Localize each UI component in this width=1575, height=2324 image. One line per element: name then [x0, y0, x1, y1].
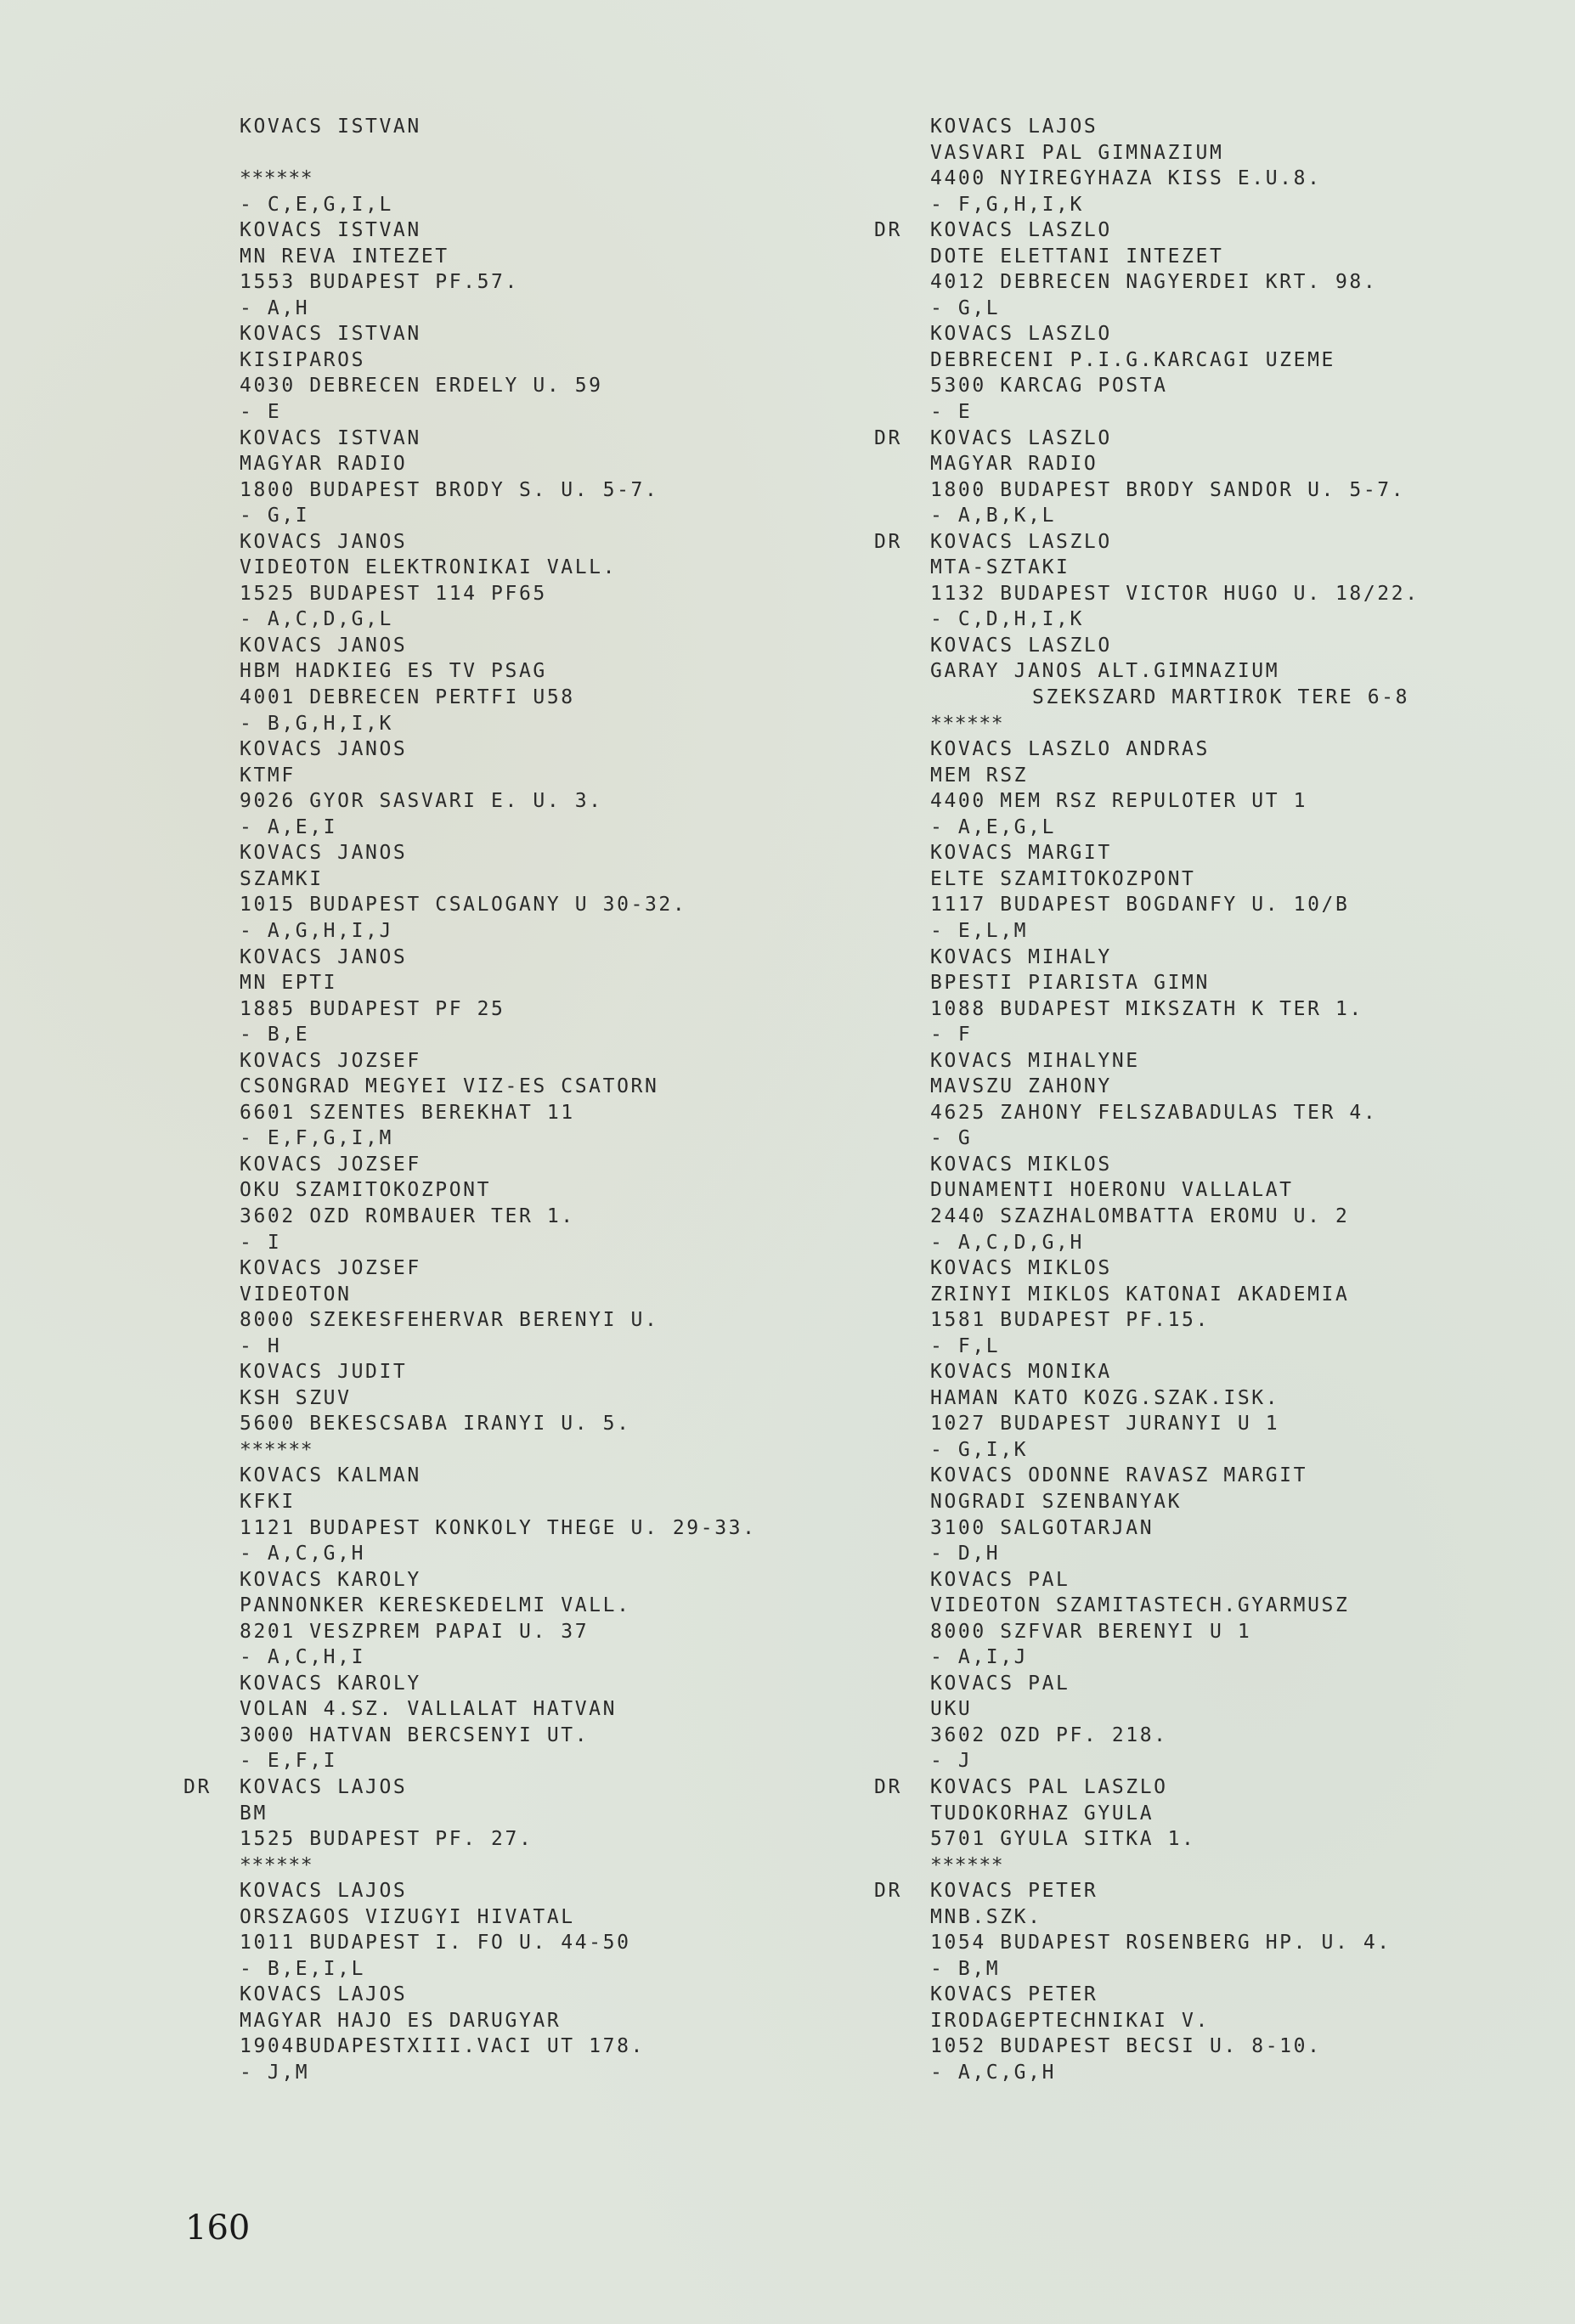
entry-organization: GARAY JANOS ALT.GIMNAZIUM — [930, 658, 1420, 685]
category-codes-text: - E,F,G,I,M — [240, 1127, 393, 1149]
category-codes: - A,G,H,I,J — [240, 918, 757, 945]
entry-name-text: KOVACS LAJOS — [930, 116, 1098, 138]
entry-organization-text: ZRINYI MIKLOS KATONAI AKADEMIA — [930, 1283, 1349, 1306]
category-codes: - G — [930, 1125, 1420, 1152]
category-codes: - H — [240, 1334, 757, 1360]
entry-address: 8201 VESZPREM PAPAI U. 37 — [240, 1619, 757, 1645]
entry-organization-text: MAVSZU ZAHONY — [930, 1075, 1112, 1097]
category-codes: - B,G,H,I,K — [240, 711, 757, 737]
entry-address-text: 5600 BEKESCSABA IRANYI U. 5. — [240, 1413, 631, 1435]
entry-address: 6601 SZENTES BEREKHAT 11 — [240, 1100, 757, 1126]
title-prefix: DR — [874, 217, 902, 244]
entry-organization: MNB.SZK. — [930, 1904, 1420, 1931]
entry-name: KOVACS JANOS — [240, 840, 757, 866]
entry-organization: DEBRECENI P.I.G.KARCAGI UZEME — [930, 347, 1420, 374]
entry-address-text: 3000 HATVAN BERCSENYI UT. — [240, 1724, 589, 1746]
category-codes: - C,D,H,I,K — [930, 606, 1420, 633]
category-codes-text: - A,C,D,G,H — [930, 1232, 1084, 1254]
entry-organization: BPESTI PIARISTA GIMN — [930, 970, 1420, 996]
entry-name-text: KOVACS MARGIT — [930, 842, 1112, 864]
entry-address: 5701 GYULA SITKA 1. — [930, 1826, 1420, 1853]
entry-organization: SZAMKI — [240, 866, 757, 893]
entry-address: 1581 BUDAPEST PF.15. — [930, 1307, 1420, 1334]
entry-name: KOVACS PAL — [930, 1671, 1420, 1697]
section-separator: ****** — [240, 1853, 757, 1879]
entry-address-text: 1553 BUDAPEST PF.57. — [240, 271, 519, 293]
entry-organization-text: VIDEOTON ELEKTRONIKAI VALL. — [240, 556, 617, 578]
entry-name: KOVACS ODONNE RAVASZ MARGIT — [930, 1463, 1420, 1489]
entry-address: 1121 BUDAPEST KONKOLY THEGE U. 29-33. — [240, 1515, 757, 1542]
entry-address-text: 1088 BUDAPEST MIKSZATH K TER 1. — [930, 998, 1363, 1020]
entry-name-text: KOVACS ISTVAN — [240, 427, 421, 449]
entry-address-text: 8000 SZFVAR BERENYI U 1 — [930, 1621, 1251, 1643]
entry-name: KOVACS LAJOS — [240, 1878, 757, 1904]
entry-name-text: KOVACS JANOS — [240, 842, 407, 864]
entry-name-text: KOVACS LASZLO ANDRAS — [930, 738, 1210, 760]
category-codes: - E,L,M — [930, 918, 1420, 945]
entry-name: KOVACS JOZSEF — [240, 1255, 757, 1282]
category-codes-text: - A,E,I — [240, 816, 337, 838]
entry-address-text: 3602 OZD ROMBAUER TER 1. — [240, 1205, 575, 1227]
category-codes: - E,F,I — [240, 1748, 757, 1774]
category-codes: - F,L — [930, 1334, 1420, 1360]
entry-address-text: 1117 BUDAPEST BOGDANFY U. 10/B — [930, 894, 1349, 916]
entry-organization: ZRINYI MIKLOS KATONAI AKADEMIA — [930, 1282, 1420, 1308]
category-codes-text: - G,L — [930, 297, 1000, 319]
category-codes-text: - B,E,I,L — [240, 1958, 365, 1980]
entry-organization: HAMAN KATO KOZG.SZAK.ISK. — [930, 1385, 1420, 1412]
category-codes-text: - G,I,K — [930, 1439, 1028, 1461]
entry-name: KOVACS LASZLO ANDRAS — [930, 736, 1420, 763]
entry-name: KOVACS MIKLOS — [930, 1255, 1420, 1282]
entry-address: 1800 BUDAPEST BRODY S. U. 5-7. — [240, 477, 757, 504]
entry-organization: TUDOKORHAZ GYULA — [930, 1801, 1420, 1827]
entry-address-text: 3602 OZD PF. 218. — [930, 1724, 1168, 1746]
entry-organization-text: PANNONKER KERESKEDELMI VALL. — [240, 1594, 631, 1616]
entry-organization-text: UKU — [930, 1698, 972, 1720]
entry-address-text: 4030 DEBRECEN ERDELY U. 59 — [240, 375, 603, 397]
category-codes: - A,B,K,L — [930, 503, 1420, 529]
category-codes-text: - E — [240, 401, 281, 423]
category-codes-text: - C,E,G,I,L — [240, 194, 393, 216]
entry-name-text: KOVACS JANOS — [240, 531, 407, 553]
category-codes: - A,C,H,I — [240, 1644, 757, 1671]
entry-address-text: 1581 BUDAPEST PF.15. — [930, 1309, 1210, 1331]
entry-address: 4030 DEBRECEN ERDELY U. 59 — [240, 373, 757, 399]
entry-name-text: KOVACS JANOS — [240, 635, 407, 657]
entry-organization-text: OKU SZAMITOKOZPONT — [240, 1179, 491, 1201]
category-codes-text: - A,B,K,L — [930, 505, 1056, 527]
entry-organization-text: BPESTI PIARISTA GIMN — [930, 972, 1210, 994]
entry-address: 3000 HATVAN BERCSENYI UT. — [240, 1723, 757, 1749]
entry-address: 4012 DEBRECEN NAGYERDEI KRT. 98. — [930, 269, 1420, 296]
entry-name-text: KOVACS ISTVAN — [240, 116, 421, 138]
entry-name-text: KOVACS JANOS — [240, 738, 407, 760]
entry-organization: VIDEOTON ELEKTRONIKAI VALL. — [240, 555, 757, 581]
entry-organization: OKU SZAMITOKOZPONT — [240, 1177, 757, 1204]
category-codes: - B,M — [930, 1956, 1420, 1983]
entry-address-text: 2440 SZAZHALOMBATTA EROMU U. 2 — [930, 1205, 1349, 1227]
title-prefix: DR — [874, 529, 902, 556]
entry-organization: ELTE SZAMITOKOZPONT — [930, 866, 1420, 893]
entry-name: DRKOVACS PETER — [930, 1878, 1420, 1904]
entry-address: 1052 BUDAPEST BECSI U. 8-10. — [930, 2034, 1420, 2060]
entry-organization-text: SZAMKI — [240, 868, 324, 890]
category-codes: - F,G,H,I,K — [930, 192, 1420, 218]
category-codes-text: - B,E — [240, 1024, 309, 1046]
entry-organization: KFKI — [240, 1489, 757, 1515]
entry-address: 1117 BUDAPEST BOGDANFY U. 10/B — [930, 892, 1420, 918]
entry-name-text: KOVACS JANOS — [240, 946, 407, 968]
entry-address: 1525 BUDAPEST PF. 27. — [240, 1826, 757, 1853]
entry-name-text: KOVACS LASZLO — [930, 635, 1112, 657]
category-codes: - F — [930, 1022, 1420, 1048]
entry-organization: VOLAN 4.SZ. VALLALAT HATVAN — [240, 1696, 757, 1723]
entry-address: 4625 ZAHONY FELSZABADULAS TER 4. — [930, 1100, 1420, 1126]
category-codes-text: - D,H — [930, 1543, 1000, 1565]
entry-name: KOVACS KAROLY — [240, 1567, 757, 1594]
entry-address: 4001 DEBRECEN PERTFI U58 — [240, 685, 757, 711]
entry-address-text: 4400 NYIREGYHAZA KISS E.U.8. — [930, 167, 1322, 189]
entry-name: KOVACS MIKLOS — [930, 1152, 1420, 1178]
entry-name: KOVACS ISTVAN — [240, 321, 757, 347]
entry-address: 3602 OZD PF. 218. — [930, 1723, 1420, 1749]
entry-name-text: KOVACS JOZSEF — [240, 1154, 421, 1176]
category-codes: - G,I — [240, 503, 757, 529]
blank-line — [240, 140, 757, 166]
entry-organization: KSH SZUV — [240, 1385, 757, 1412]
entry-address-text: 5701 GYULA SITKA 1. — [930, 1828, 1196, 1850]
category-codes-text: - A,H — [240, 297, 309, 319]
category-codes-text: - G — [930, 1127, 972, 1149]
category-codes: - A,C,D,G,H — [930, 1230, 1420, 1256]
title-prefix: DR — [874, 1774, 902, 1801]
entry-name: KOVACS MARGIT — [930, 840, 1420, 866]
entry-address: 5300 KARCAG POSTA — [930, 373, 1420, 399]
category-codes: - A,C,D,G,L — [240, 606, 757, 633]
entry-organization: CSONGRAD MEGYEI VIZ-ES CSATORN — [240, 1074, 757, 1100]
entry-name: KOVACS ISTVAN — [240, 114, 757, 140]
entry-name-text: KOVACS LASZLO — [930, 427, 1112, 449]
entry-address: 1525 BUDAPEST 114 PF65 — [240, 581, 757, 607]
entry-name: KOVACS ISTVAN — [240, 217, 757, 244]
entry-address-text: 1525 BUDAPEST PF. 27. — [240, 1828, 533, 1850]
entry-name: KOVACS JOZSEF — [240, 1152, 757, 1178]
entry-address: 9026 GYOR SASVARI E. U. 3. — [240, 788, 757, 815]
entry-address-text: 1132 BUDAPEST VICTOR HUGO U. 18/22. — [930, 583, 1420, 605]
category-codes: - A,C,G,H — [930, 2060, 1420, 2086]
entry-organization: MN REVA INTEZET — [240, 244, 757, 270]
entry-name-text: KOVACS LASZLO — [930, 219, 1112, 241]
entry-organization: HBM HADKIEG ES TV PSAG — [240, 658, 757, 685]
entry-address: 1015 BUDAPEST CSALOGANY U 30-32. — [240, 892, 757, 918]
category-codes: - J,M — [240, 2060, 757, 2086]
entry-organization: DUNAMENTI HOERONU VALLALAT — [930, 1177, 1420, 1204]
entry-name: DRKOVACS PAL LASZLO — [930, 1774, 1420, 1801]
category-codes: - E,F,G,I,M — [240, 1125, 757, 1152]
entry-organization: MAVSZU ZAHONY — [930, 1074, 1420, 1100]
entry-organization: BM — [240, 1801, 757, 1827]
entry-address-text: 3100 SALGOTARJAN — [930, 1517, 1154, 1539]
entry-organization-text: MAGYAR RADIO — [240, 453, 407, 475]
category-codes-text: - E,L,M — [930, 920, 1028, 942]
entry-address: 1904BUDAPESTXIII.VACI UT 178. — [240, 2034, 757, 2060]
category-codes-text: - F,L — [930, 1335, 1000, 1357]
category-codes-text: - G,I — [240, 505, 309, 527]
entry-name: KOVACS PAL — [930, 1567, 1420, 1594]
entry-address-text: 8000 SZEKESFEHERVAR BERENYI U. — [240, 1309, 658, 1331]
entry-organization-text: BM — [240, 1802, 268, 1825]
entry-address-text: 1904BUDAPESTXIII.VACI UT 178. — [240, 2035, 645, 2057]
entry-name-text: KOVACS PAL LASZLO — [930, 1776, 1168, 1798]
entry-address-text: 1525 BUDAPEST 114 PF65 — [240, 583, 547, 605]
entry-name: KOVACS JANOS — [240, 529, 757, 556]
title-prefix: DR — [874, 1878, 902, 1904]
entry-organization: MAGYAR HAJO ES DARUGYAR — [240, 2008, 757, 2034]
entry-organization-text: CSONGRAD MEGYEI VIZ-ES CSATORN — [240, 1075, 658, 1097]
entry-address-text: 5300 KARCAG POSTA — [930, 375, 1168, 397]
category-codes: - A,H — [240, 296, 757, 322]
entry-address: 3602 OZD ROMBAUER TER 1. — [240, 1204, 757, 1230]
entry-organization: VIDEOTON SZAMITASTECH.GYARMUSZ — [930, 1593, 1420, 1619]
category-codes-text: - F — [930, 1024, 972, 1046]
entry-organization-text: VIDEOTON — [240, 1283, 352, 1306]
entry-address: 4400 NYIREGYHAZA KISS E.U.8. — [930, 166, 1420, 192]
entry-organization: IRODAGEPTECHNIKAI V. — [930, 2008, 1420, 2034]
category-codes: - G,L — [930, 296, 1420, 322]
entry-name-text: KOVACS KAROLY — [240, 1569, 421, 1591]
entry-address-text: 8201 VESZPREM PAPAI U. 37 — [240, 1621, 589, 1643]
title-prefix: DR — [183, 1774, 212, 1801]
category-codes-text: - A,C,D,G,L — [240, 608, 393, 630]
entry-organization-text: IRODAGEPTECHNIKAI V. — [930, 2010, 1210, 2032]
entry-organization: SZEKSZARD MARTIROK TERE 6-8 — [930, 685, 1420, 711]
entry-name-text: KOVACS JOZSEF — [240, 1050, 421, 1072]
entry-name-text: KOVACS MIHALY — [930, 946, 1112, 968]
entry-organization-text: GARAY JANOS ALT.GIMNAZIUM — [930, 660, 1279, 682]
section-separator: ****** — [930, 1853, 1420, 1879]
page-number: 160 — [185, 2208, 250, 2248]
entry-organization-text: DEBRECENI P.I.G.KARCAGI UZEME — [930, 349, 1335, 371]
category-codes-text: - B,M — [930, 1958, 1000, 1980]
entry-organization-text: HBM HADKIEG ES TV PSAG — [240, 660, 547, 682]
entry-organization: MTA-SZTAKI — [930, 555, 1420, 581]
category-codes-text: - E,F,I — [240, 1750, 337, 1772]
entry-organization: VIDEOTON — [240, 1282, 757, 1308]
entry-organization-text: DUNAMENTI HOERONU VALLALAT — [930, 1179, 1294, 1201]
entry-name-text: KOVACS LASZLO — [930, 531, 1112, 553]
entry-address: 1553 BUDAPEST PF.57. — [240, 269, 757, 296]
title-prefix: DR — [874, 426, 902, 452]
entry-organization-text: MN EPTI — [240, 972, 337, 994]
section-separator: ****** — [240, 1437, 757, 1464]
entry-name: KOVACS MIHALYNE — [930, 1048, 1420, 1075]
entry-name: KOVACS JUDIT — [240, 1359, 757, 1385]
entry-organization: ORSZAGOS VIZUGYI HIVATAL — [240, 1904, 757, 1931]
entry-name: KOVACS JOZSEF — [240, 1048, 757, 1075]
entry-address: 1011 BUDAPEST I. FO U. 44-50 — [240, 1930, 757, 1956]
section-separator-text: ****** — [240, 1439, 313, 1461]
entry-name: KOVACS ISTVAN — [240, 426, 757, 452]
entry-organization-text: MEM RSZ — [930, 764, 1028, 787]
category-codes: - A,E,I — [240, 815, 757, 841]
category-codes-text: - E — [930, 401, 972, 423]
entry-address-text: 4400 MEM RSZ REPULOTER UT 1 — [930, 790, 1307, 812]
entry-organization-text: MAGYAR HAJO ES DARUGYAR — [240, 2010, 561, 2032]
section-separator: ****** — [240, 166, 757, 192]
entry-address-text: 4001 DEBRECEN PERTFI U58 — [240, 686, 575, 708]
entry-organization-text: ORSZAGOS VIZUGYI HIVATAL — [240, 1906, 575, 1928]
entry-name: DRKOVACS LAJOS — [240, 1774, 757, 1801]
entry-address: 1800 BUDAPEST BRODY SANDOR U. 5-7. — [930, 477, 1420, 504]
category-codes-text: - J,M — [240, 2062, 309, 2084]
entry-organization: PANNONKER KERESKEDELMI VALL. — [240, 1593, 757, 1619]
entry-name-text: KOVACS MIHALYNE — [930, 1050, 1140, 1072]
entry-name-text: KOVACS MONIKA — [930, 1361, 1112, 1383]
category-codes-text: - C,D,H,I,K — [930, 608, 1084, 630]
directory-column-right: KOVACS LAJOSVASVARI PAL GIMNAZIUM4400 NY… — [930, 114, 1420, 2086]
category-codes: - B,E,I,L — [240, 1956, 757, 1983]
entry-organization-text: NOGRADI SZENBANYAK — [930, 1491, 1182, 1513]
section-separator-text: ****** — [240, 167, 313, 189]
entry-organization-text: KTMF — [240, 764, 296, 787]
category-codes: - B,E — [240, 1022, 757, 1048]
entry-name-text: KOVACS ISTVAN — [240, 323, 421, 345]
entry-name: KOVACS KALMAN — [240, 1463, 757, 1489]
directory-column-left: KOVACS ISTVAN******- C,E,G,I,LKOVACS IST… — [240, 114, 757, 2086]
entry-organization-text: SZEKSZARD MARTIROK TERE 6-8 — [1032, 686, 1409, 708]
entry-organization-text: MN REVA INTEZET — [240, 245, 449, 268]
category-codes: - J — [930, 1748, 1420, 1774]
entry-name-text: KOVACS LASZLO — [930, 323, 1112, 345]
category-codes-text: - A,E,G,L — [930, 816, 1056, 838]
entry-address: 2440 SZAZHALOMBATTA EROMU U. 2 — [930, 1204, 1420, 1230]
entry-name-text: KOVACS LAJOS — [240, 1983, 407, 2005]
entry-organization-text: KFKI — [240, 1491, 296, 1513]
entry-organization-text: VOLAN 4.SZ. VALLALAT HATVAN — [240, 1698, 617, 1720]
entry-name-text: KOVACS ODONNE RAVASZ MARGIT — [930, 1464, 1307, 1486]
entry-organization-text: HAMAN KATO KOZG.SZAK.ISK. — [930, 1387, 1279, 1409]
entry-name: KOVACS KAROLY — [240, 1671, 757, 1697]
entry-address: 1088 BUDAPEST MIKSZATH K TER 1. — [930, 996, 1420, 1023]
entry-name-text: KOVACS PAL — [930, 1672, 1070, 1695]
entry-name-text: KOVACS JOZSEF — [240, 1257, 421, 1279]
entry-organization-text: TUDOKORHAZ GYULA — [930, 1802, 1154, 1825]
entry-address: 8000 SZFVAR BERENYI U 1 — [930, 1619, 1420, 1645]
entry-organization: MEM RSZ — [930, 763, 1420, 789]
entry-organization: DOTE ELETTANI INTEZET — [930, 244, 1420, 270]
entry-organization: KISIPAROS — [240, 347, 757, 374]
category-codes: - C,E,G,I,L — [240, 192, 757, 218]
category-codes: - E — [930, 399, 1420, 426]
entry-address-text: 1800 BUDAPEST BRODY SANDOR U. 5-7. — [930, 479, 1405, 501]
entry-name-text: KOVACS MIKLOS — [930, 1257, 1112, 1279]
entry-name: KOVACS JANOS — [240, 736, 757, 763]
entry-name-text: KOVACS PAL — [930, 1569, 1070, 1591]
entry-name-text: KOVACS KALMAN — [240, 1464, 421, 1486]
category-codes: - E — [240, 399, 757, 426]
category-codes: - I — [240, 1230, 757, 1256]
entry-organization-text: DOTE ELETTANI INTEZET — [930, 245, 1223, 268]
entry-name: KOVACS MONIKA — [930, 1359, 1420, 1385]
entry-organization-text: KSH SZUV — [240, 1387, 352, 1409]
entry-organization-text: MAGYAR RADIO — [930, 453, 1098, 475]
category-codes: - A,C,G,H — [240, 1541, 757, 1567]
section-separator-text: ****** — [240, 1854, 313, 1876]
entry-address-text: 1011 BUDAPEST I. FO U. 44-50 — [240, 1932, 631, 1954]
category-codes-text: - A,C,G,H — [930, 2062, 1056, 2084]
entry-name: KOVACS MIHALY — [930, 945, 1420, 971]
category-codes-text: - A,C,G,H — [240, 1543, 365, 1565]
entry-name-text: KOVACS ISTVAN — [240, 219, 421, 241]
category-codes: - A,I,J — [930, 1644, 1420, 1671]
category-codes-text: - A,G,H,I,J — [240, 920, 393, 942]
entry-address: 8000 SZEKESFEHERVAR BERENYI U. — [240, 1307, 757, 1334]
entry-address-text: 1121 BUDAPEST KONKOLY THEGE U. 29-33. — [240, 1517, 757, 1539]
entry-name: KOVACS LASZLO — [930, 321, 1420, 347]
entry-address: 1027 BUDAPEST JURANYI U 1 — [930, 1411, 1420, 1437]
category-codes-text: - A,I,J — [930, 1646, 1028, 1668]
entry-name: KOVACS JANOS — [240, 945, 757, 971]
category-codes-text: - H — [240, 1335, 281, 1357]
category-codes-text: - B,G,H,I,K — [240, 713, 393, 735]
section-separator: ****** — [930, 711, 1420, 737]
entry-address-text: 1052 BUDAPEST BECSI U. 8-10. — [930, 2035, 1322, 2057]
section-separator-text: ****** — [930, 713, 1003, 735]
entry-address-text: 4625 ZAHONY FELSZABADULAS TER 4. — [930, 1102, 1377, 1124]
entry-organization: MN EPTI — [240, 970, 757, 996]
entry-address: 1132 BUDAPEST VICTOR HUGO U. 18/22. — [930, 581, 1420, 607]
entry-address: 3100 SALGOTARJAN — [930, 1515, 1420, 1542]
entry-organization: NOGRADI SZENBANYAK — [930, 1489, 1420, 1515]
entry-address-text: 1027 BUDAPEST JURANYI U 1 — [930, 1413, 1279, 1435]
entry-organization-text: VIDEOTON SZAMITASTECH.GYARMUSZ — [930, 1594, 1349, 1616]
entry-organization: KTMF — [240, 763, 757, 789]
entry-name-text: KOVACS PETER — [930, 1880, 1098, 1902]
entry-organization-text: MTA-SZTAKI — [930, 556, 1070, 578]
entry-address: 1885 BUDAPEST PF 25 — [240, 996, 757, 1023]
entry-address-text: 4012 DEBRECEN NAGYERDEI KRT. 98. — [930, 271, 1377, 293]
entry-name-text: KOVACS JUDIT — [240, 1361, 407, 1383]
entry-address-text: 1885 BUDAPEST PF 25 — [240, 998, 505, 1020]
entry-address: 4400 MEM RSZ REPULOTER UT 1 — [930, 788, 1420, 815]
entry-name-text: KOVACS MIKLOS — [930, 1154, 1112, 1176]
entry-name: KOVACS PETER — [930, 1982, 1420, 2008]
entry-address-text: 1800 BUDAPEST BRODY S. U. 5-7. — [240, 479, 658, 501]
entry-address-text: 6601 SZENTES BEREKHAT 11 — [240, 1102, 575, 1124]
category-codes-text: - F,G,H,I,K — [930, 194, 1084, 216]
entry-address-text: 9026 GYOR SASVARI E. U. 3. — [240, 790, 603, 812]
entry-name: KOVACS JANOS — [240, 633, 757, 659]
entry-organization: MAGYAR RADIO — [930, 451, 1420, 477]
entry-address: 5600 BEKESCSABA IRANYI U. 5. — [240, 1411, 757, 1437]
section-separator-text: ****** — [930, 1854, 1003, 1876]
entry-name-text: KOVACS LAJOS — [240, 1776, 407, 1798]
entry-organization-text: VASVARI PAL GIMNAZIUM — [930, 142, 1223, 164]
entry-name: KOVACS LASZLO — [930, 633, 1420, 659]
entry-name: DRKOVACS LASZLO — [930, 529, 1420, 556]
entry-name-text: KOVACS PETER — [930, 1983, 1098, 2005]
category-codes-text: - A,C,H,I — [240, 1646, 365, 1668]
entry-organization-text: ELTE SZAMITOKOZPONT — [930, 868, 1196, 890]
entry-name-text: KOVACS LAJOS — [240, 1880, 407, 1902]
entry-organization-text: MNB.SZK. — [930, 1906, 1042, 1928]
category-codes-text: - I — [240, 1232, 281, 1254]
entry-organization: VASVARI PAL GIMNAZIUM — [930, 140, 1420, 166]
entry-address-text: 1054 BUDAPEST ROSENBERG HP. U. 4. — [930, 1932, 1392, 1954]
entry-organization-text: KISIPAROS — [240, 349, 365, 371]
entry-name: KOVACS LAJOS — [930, 114, 1420, 140]
